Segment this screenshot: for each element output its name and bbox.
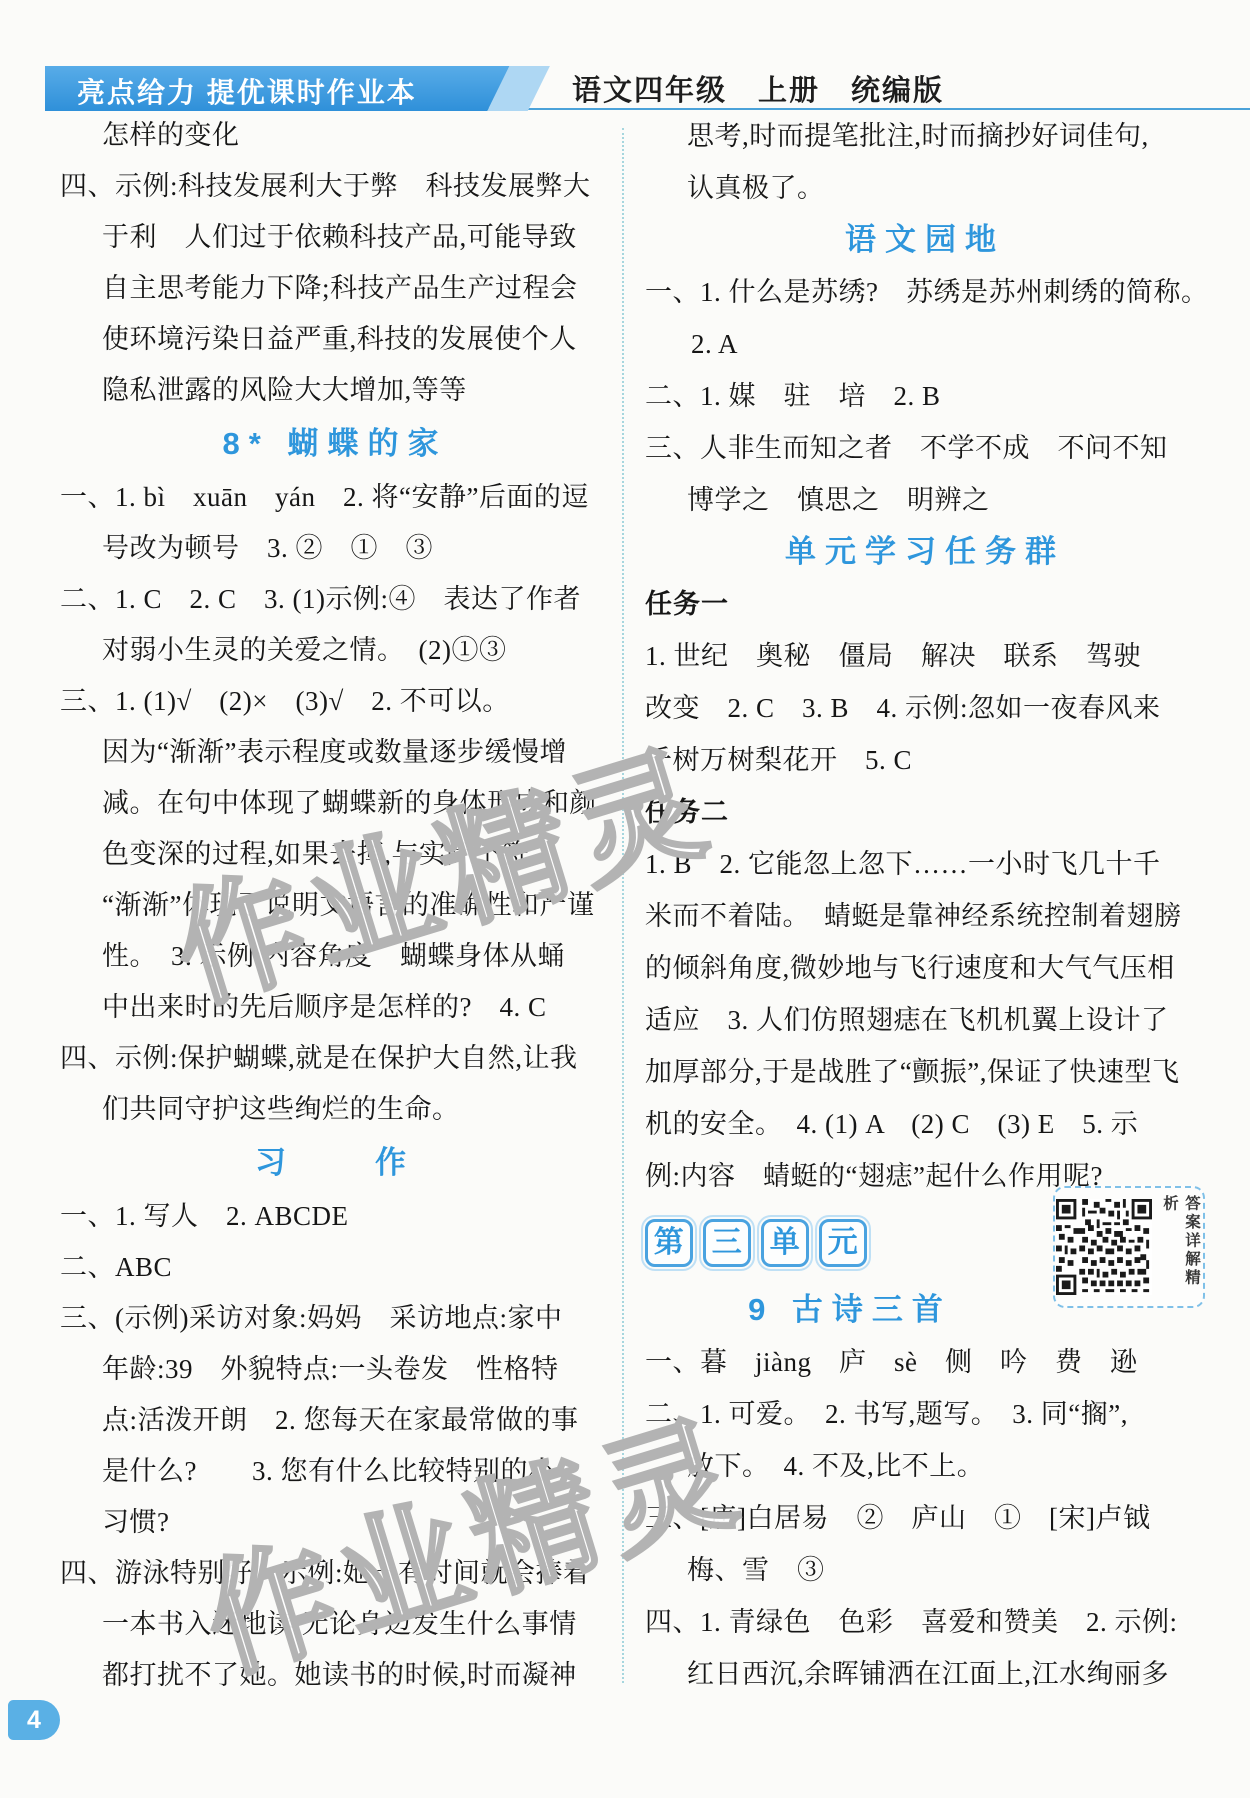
answer-line: 二、1. 可爱。 2. 书写,题写。 3. 同“搁”,	[645, 1388, 1205, 1440]
answer-qr-block: 答案详解精析	[1053, 1186, 1205, 1308]
answer-line: 号改为顿号 3. ② ① ③	[60, 523, 610, 574]
left-column: 怎样的变化 四、示例:科技发展利大于弊 科技发展弊大 于利 人们过于依赖科技产品…	[60, 110, 610, 1701]
book-subject-title: 语文四年级 上册 统编版	[572, 68, 944, 109]
answer-line: 因为“渐渐”表示程度或数量逐步缓慢增	[60, 727, 610, 778]
answer-line: 习惯?	[60, 1497, 610, 1548]
answer-line: 二、ABC	[60, 1242, 610, 1293]
answer-line: 1. B 2. 它能忽上忽下……一小时飞几十千	[645, 838, 1205, 890]
qr-code-icon	[1056, 1199, 1152, 1295]
answer-line: 三、人非生而知之者 不学不成 不问不知	[645, 422, 1205, 474]
workbook-answer-page: 亮点给力 提优课时作业本 语文四年级 上册 统编版 怎样的变化 四、示例:科技发…	[0, 0, 1250, 1798]
answer-line: 都打扰不了她。她读书的时候,时而凝神	[60, 1650, 610, 1701]
answer-line: 们共同守护这些绚烂的生命。	[60, 1084, 610, 1135]
answer-line: 三、[唐]白居易 ② 庐山 ① [宋]卢钺	[645, 1492, 1205, 1544]
answer-line: 二、1. 媒 驻 培 2. B	[645, 370, 1205, 422]
answer-line: 放下。 4. 不及,比不上。	[645, 1440, 1205, 1492]
answer-line: 年龄:39 外貌特点:一头卷发 性格特	[60, 1344, 610, 1395]
answer-line: 点:活泼开朗 2. 您每天在家最常做的事	[60, 1395, 610, 1446]
answer-line: 千树万树梨花开 5. C	[645, 734, 1205, 786]
answer-line: 四、游泳特别好 示例:她一有时间就会捧着	[60, 1548, 610, 1599]
answer-line: 怎样的变化	[60, 110, 610, 161]
answer-line: 一、1. 写人 2. ABCDE	[60, 1191, 610, 1242]
answer-line: 于利 人们过于依赖科技产品,可能导致	[60, 212, 610, 263]
answer-line: 思考,时而提笔批注,时而摘抄好词佳句,	[645, 110, 1205, 162]
answer-line: 性。 3. 示例:内容角度 蝴蝶身体从蛹	[60, 931, 610, 982]
answer-line: 的倾斜角度,微妙地与飞行速度和大气气压相	[645, 942, 1205, 994]
column-divider	[622, 128, 624, 1683]
answer-line: 机的安全。 4. (1) A (2) C (3) E 5. 示	[645, 1098, 1205, 1150]
answer-line: 减。在句中体现了蝴蝶新的身体形成和颜	[60, 778, 610, 829]
answer-line: 2. A	[645, 318, 1205, 370]
answer-line: 四、示例:保护蝴蝶,就是在保护大自然,让我	[60, 1033, 610, 1084]
lesson-heading-butterfly-home: 8* 蝴蝶的家	[60, 416, 610, 472]
answer-line: 一、1. 什么是苏绣? 苏绣是苏州刺绣的简称。	[645, 266, 1205, 318]
answer-line: 1. 世纪 奥秘 僵局 解决 联系 驾驶	[645, 630, 1205, 682]
answer-line: 米而不着陆。 蜻蜓是靠神经系统控制着翅膀	[645, 890, 1205, 942]
unit-badge-char: 元	[819, 1219, 867, 1267]
answer-line: 一本书入迷地读,无论身边发生什么事情	[60, 1599, 610, 1650]
answer-line: 自主思考能力下降;科技产品生产过程会	[60, 263, 610, 314]
answer-line: 使环境污染日益严重,科技的发展使个人	[60, 314, 610, 365]
answer-line: 四、示例:科技发展利大于弊 科技发展弊大	[60, 161, 610, 212]
answer-line: 四、1. 青绿色 色彩 喜爱和赞美 2. 示例:	[645, 1596, 1205, 1648]
task-label-two: 任务二	[645, 786, 1205, 838]
unit-badge-char: 第	[645, 1219, 693, 1267]
answer-line: 博学之 慎思之 明辨之	[645, 474, 1205, 526]
answer-line: 红日西沉,余晖铺洒在江面上,江水绚丽多	[645, 1648, 1205, 1700]
lesson-heading-unit-task-group: 单元学习任务群	[645, 526, 1205, 578]
answer-line: 一、暮 jiàng 庐 sè 侧 吟 费 逊	[645, 1336, 1205, 1388]
answer-line: 三、(示例)采访对象:妈妈 采访地点:家中	[60, 1293, 610, 1344]
answer-line: 三、1. (1)√ (2)× (3)√ 2. 不可以。	[60, 676, 610, 727]
answer-line: 是什么? 3. 您有什么比较特别的小	[60, 1446, 610, 1497]
answer-line: 隐私泄露的风险大大增加,等等	[60, 365, 610, 416]
answer-line: 中出来时的先后顺序是怎样的? 4. C	[60, 982, 610, 1033]
answer-line: 加厚部分,于是战胜了“颤振”,保证了快速型飞	[645, 1046, 1205, 1098]
qr-caption: 答案详解精析	[1158, 1195, 1202, 1299]
page-number-badge: 4	[8, 1700, 60, 1740]
answer-line: 改变 2. C 3. B 4. 示例:忽如一夜春风来	[645, 682, 1205, 734]
lesson-heading-language-garden: 语文园地	[645, 214, 1205, 266]
answer-line: 色变深的过程,如果去掉,与实际不符。	[60, 829, 610, 880]
right-column: 思考,时而提笔批注,时而摘抄好词佳句, 认真极了。 语文园地 一、1. 什么是苏…	[645, 110, 1205, 1700]
answer-line: 梅、雪 ③	[645, 1544, 1205, 1596]
answer-line: 对弱小生灵的关爱之情。 (2)①③	[60, 625, 610, 676]
unit-badge-char: 三	[703, 1219, 751, 1267]
answer-line: “渐渐”体现了说明文语言的准确性和严谨	[60, 880, 610, 931]
task-label-one: 任务一	[645, 578, 1205, 630]
lesson-heading-writing: 习 作	[60, 1135, 610, 1191]
answer-line: 二、1. C 2. C 3. (1)示例:④ 表达了作者	[60, 574, 610, 625]
answer-line: 适应 3. 人们仿照翅痣在飞机机翼上设计了	[645, 994, 1205, 1046]
answer-line: 一、1. bì xuān yán 2. 将“安静”后面的逗	[60, 472, 610, 523]
answer-line: 认真极了。	[645, 162, 1205, 214]
unit-badge-char: 单	[761, 1219, 809, 1267]
